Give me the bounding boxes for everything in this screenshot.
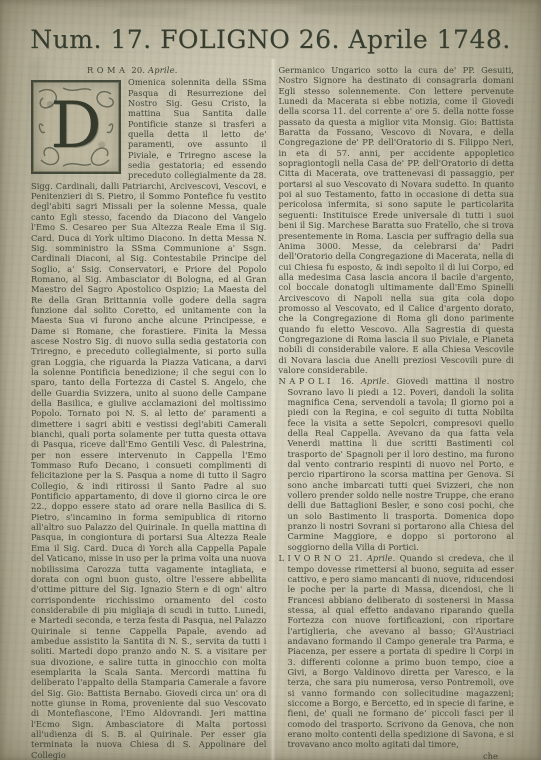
roma-dateline-month: Aprile. bbox=[148, 65, 178, 75]
catchword: che bbox=[279, 751, 515, 760]
masthead-title: Num. 17. FOLIGNO 26. Aprile 1748. bbox=[10, 25, 531, 54]
roma-article-continuation: Germanico Ungarico sotto la cura de' PP.… bbox=[279, 65, 515, 375]
ink-bleed-mark bbox=[118, 10, 188, 16]
roma-article-text: Omenica solennita della SSma Pasqua di R… bbox=[31, 77, 267, 759]
napoli-section-text: Giovedi mattina il nostro Sovrano lavo l… bbox=[288, 376, 515, 552]
drop-cap-letter: D bbox=[33, 82, 119, 172]
napoli-dateline-city: NAPOLI bbox=[279, 376, 334, 386]
livorno-dateline-day: 21. bbox=[349, 553, 362, 563]
drop-cap-woodcut: D bbox=[31, 80, 121, 174]
napoli-dateline-month: Aprile. bbox=[361, 376, 389, 386]
livorno-section: LIVORNO 21. Aprile. Quando si credeva, c… bbox=[279, 553, 515, 750]
roma-dateline-day: 20. bbox=[131, 65, 145, 75]
livorno-dateline-city: LIVORNO bbox=[279, 553, 345, 563]
napoli-section: NAPOLI 16. Aprile. Giovedi mattina il no… bbox=[279, 376, 515, 552]
right-column: Germanico Ungarico sotto la cura de' PP.… bbox=[279, 65, 515, 760]
livorno-dateline-month: Aprile. bbox=[367, 553, 395, 563]
roma-dateline: ROMA 20. Aprile. bbox=[31, 65, 267, 75]
gazette-page: { "page": { "masthead": "Num. 17. FOLIGN… bbox=[0, 0, 541, 760]
napoli-dateline-day: 16. bbox=[341, 376, 354, 386]
left-column: ROMA 20. Aprile. D bbox=[31, 65, 267, 760]
livorno-section-text: Quando si credeva, che il tempo dovesse … bbox=[288, 553, 515, 749]
text-columns: ROMA 20. Aprile. D bbox=[31, 65, 514, 760]
center-fold-line bbox=[270, 59, 276, 760]
roma-dateline-city: ROMA bbox=[87, 65, 129, 75]
ink-bleed-mark bbox=[300, 6, 510, 13]
roma-article: D Omenica solennita della SSma Pasqua di… bbox=[31, 77, 267, 760]
